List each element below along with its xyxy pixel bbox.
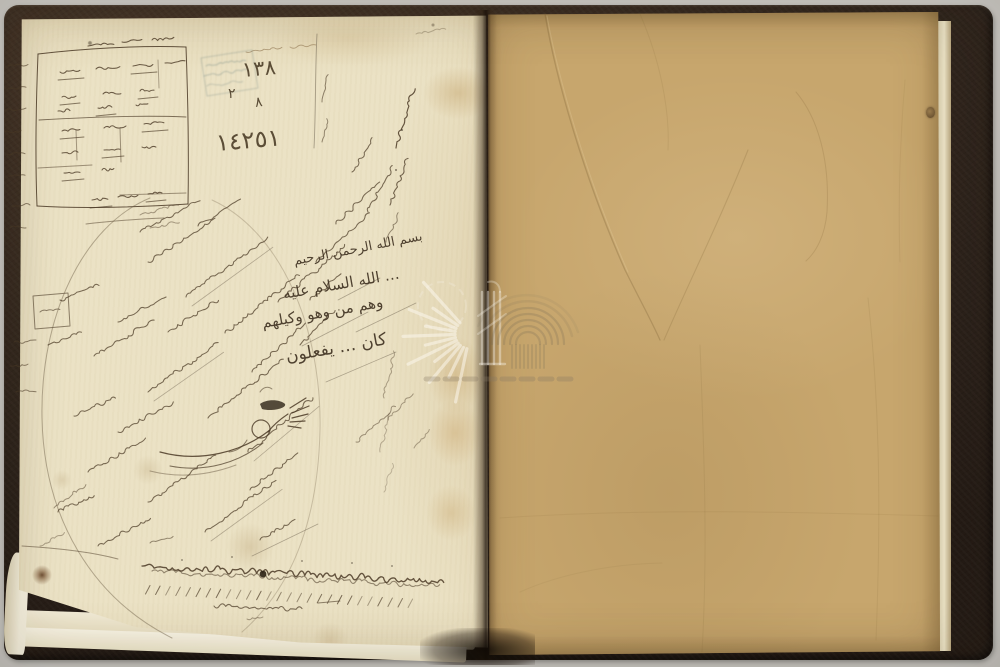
inventory-number-mid-b: ٨	[254, 94, 264, 111]
right-pastedown-page	[488, 12, 940, 655]
manuscript-photo: ١٣٨ ٢ ٨ ١٤٢٥١ بسم الله الرحمن الرحيم … ا…	[0, 0, 1000, 667]
accession-number: ١٤٢٥١	[215, 123, 282, 157]
wormhole-spot	[926, 107, 935, 118]
inventory-number-mid-a: ٢	[228, 86, 236, 102]
left-flyleaf-page	[18, 13, 488, 654]
gutter-shadow	[473, 10, 497, 660]
gutter-bottom-shadow	[420, 628, 535, 665]
inventory-number-upper: ١٣٨	[241, 55, 277, 82]
